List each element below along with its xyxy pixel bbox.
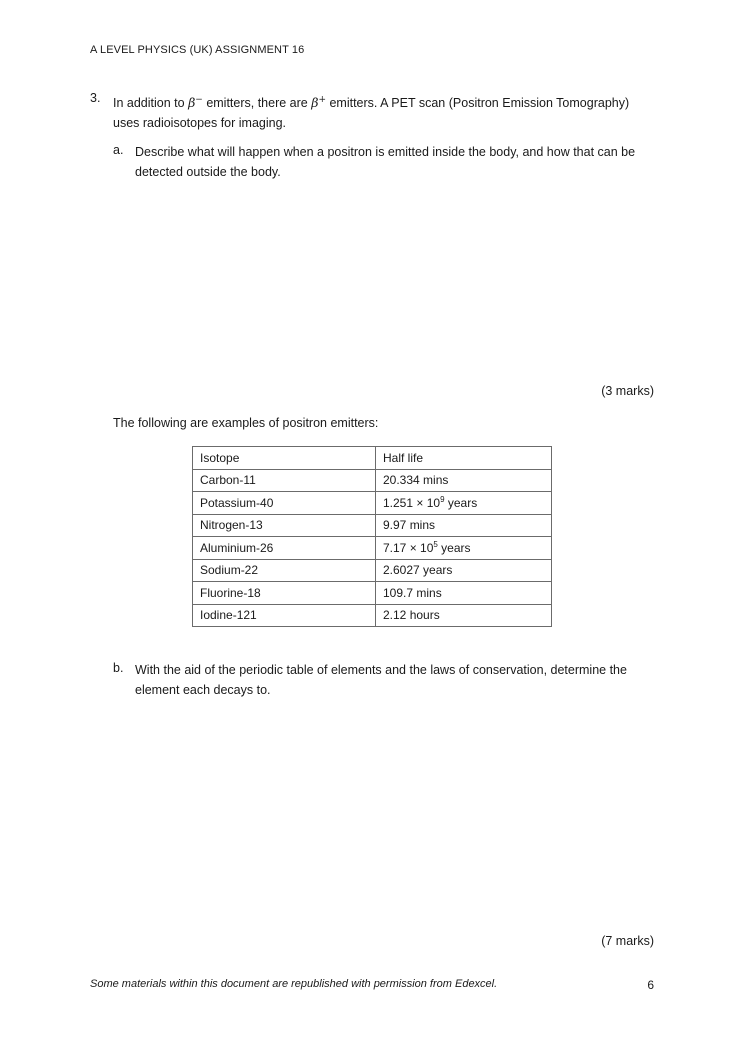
question-number: 3. [90,91,100,105]
half-life-cell: 9.97 mins [376,514,552,537]
table-header-row: Isotope Half life [193,447,552,470]
isotope-cell: Potassium-40 [193,492,376,515]
half-life-cell: 1.251 × 109 years [376,492,552,515]
header-isotope: Isotope [193,447,376,470]
isotope-cell: Sodium-22 [193,559,376,582]
part-b-label: b. [113,661,123,675]
half-life-cell: 109.7 mins [376,582,552,605]
table-row: Sodium-222.6027 years [193,559,552,582]
half-life-cell: 7.17 × 105 years [376,537,552,560]
isotope-cell: Fluorine-18 [193,582,376,605]
isotope-cell: Carbon-11 [193,469,376,492]
isotope-cell: Iodine-121 [193,604,376,627]
part-a-marks: (3 marks) [601,384,654,398]
part-a-label: a. [113,143,123,157]
part-a-text: Describe what will happen when a positro… [135,143,660,182]
table-row: Carbon-1120.334 mins [193,469,552,492]
isotope-cell: Aluminium-26 [193,537,376,560]
half-life-cell: 2.6027 years [376,559,552,582]
footer-note: Some materials within this document are … [90,978,497,990]
table-intro: The following are examples of positron e… [113,416,378,430]
question-text-part: emitters, there are [203,96,311,110]
part-b-text: With the aid of the periodic table of el… [135,661,660,700]
beta-minus-symbol: β− [188,95,203,110]
table-row: Nitrogen-139.97 mins [193,514,552,537]
part-b-marks: (7 marks) [601,934,654,948]
table-row: Fluorine-18109.7 mins [193,582,552,605]
table-row: Iodine-1212.12 hours [193,604,552,627]
positron-emitters-table: Isotope Half life Carbon-1120.334 minsPo… [192,446,552,627]
isotope-cell: Nitrogen-13 [193,514,376,537]
half-life-cell: 20.334 mins [376,469,552,492]
header-half-life: Half life [376,447,552,470]
question-text-part: In addition to [113,96,188,110]
page-number: 6 [647,978,654,992]
table-row: Aluminium-267.17 × 105 years [193,537,552,560]
half-life-cell: 2.12 hours [376,604,552,627]
table-row: Potassium-401.251 × 109 years [193,492,552,515]
beta-plus-symbol: β+ [311,95,326,110]
document-header: A LEVEL PHYSICS (UK) ASSIGNMENT 16 [90,44,304,56]
question-text: In addition to β− emitters, there are β+… [113,91,658,133]
